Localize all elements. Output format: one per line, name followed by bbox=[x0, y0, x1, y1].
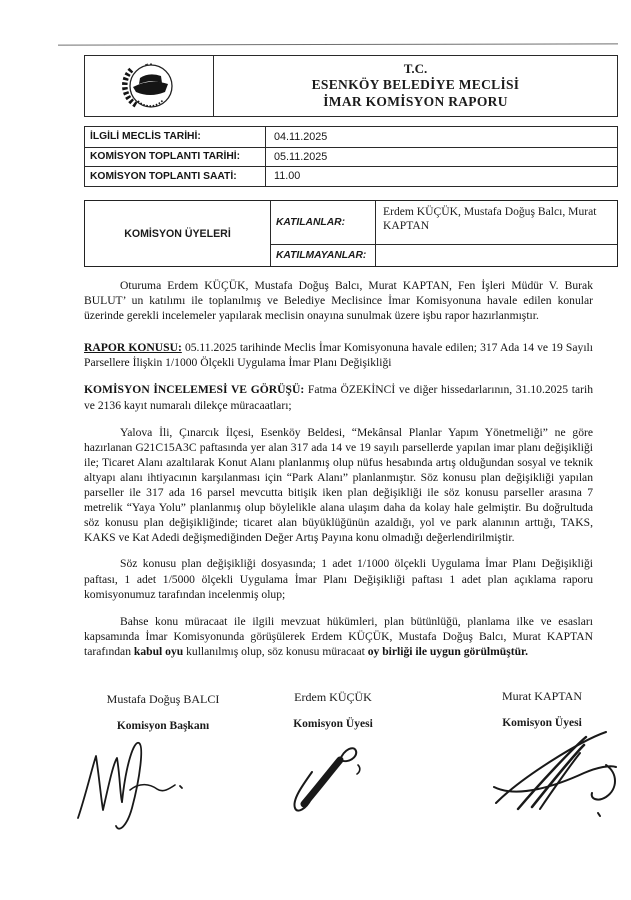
handwritten-signature-icon bbox=[490, 729, 630, 821]
decision-paragraph: Bahse konu müracaat ile ilgili mevzuat h… bbox=[84, 614, 593, 659]
signer-title: Komisyon Başkanı bbox=[78, 720, 248, 732]
absentees-label: KATILMAYANLAR: bbox=[271, 245, 376, 266]
absentees-value bbox=[376, 245, 617, 266]
attendees-value: Erdem KÜÇÜK, Mustafa Doğuş Balcı, Murat … bbox=[376, 201, 617, 244]
intro-paragraph: Oturuma Erdem KÜÇÜK, Mustafa Doğuş Balcı… bbox=[84, 278, 593, 323]
absentees-row: KATILMAYANLAR: bbox=[271, 245, 617, 266]
decision-vote-bold: kabul oyu bbox=[134, 645, 183, 658]
signer-name: Mustafa Doğuş BALCI bbox=[78, 692, 248, 707]
signature-block-chairman: Mustafa Doğuş BALCI Komisyon Başkanı bbox=[78, 692, 248, 836]
attendees-label: KATILANLAR: bbox=[271, 201, 376, 244]
members-right-block: KATILANLAR: Erdem KÜÇÜK, Mustafa Doğuş B… bbox=[271, 201, 617, 266]
title-report: İMAR KOMİSYON RAPORU bbox=[323, 94, 508, 111]
title-council: ESENKÖY BELEDİYE MECLİSİ bbox=[312, 77, 520, 94]
council-date-label: İLGİLİ MECLİS TARİHİ: bbox=[85, 127, 266, 147]
signer-title: Komisyon Üyesi bbox=[258, 718, 408, 730]
handwritten-signature-icon bbox=[72, 736, 222, 836]
signature-block-member-1: Erdem KÜÇÜK Komisyon Üyesi bbox=[258, 690, 408, 821]
dossier-contents-paragraph: Söz konusu plan değişikliği dosyasında; … bbox=[84, 556, 593, 601]
commission-meeting-date-value: 05.11.2025 bbox=[266, 151, 617, 163]
commission-review-paragraph: KOMİSYON İNCELEMESİ VE GÖRÜŞÜ: Fatma ÖZE… bbox=[84, 382, 593, 412]
report-body: Oturuma Erdem KÜÇÜK, Mustafa Doğuş Balcı… bbox=[84, 268, 593, 659]
plan-change-detail-paragraph: Yalova İli, Çınarcık İlçesi, Esenköy Bel… bbox=[84, 425, 593, 546]
meeting-info-table: İLGİLİ MECLİS TARİHİ: 04.11.2025 KOMİSYO… bbox=[84, 126, 618, 187]
signer-name: Erdem KÜÇÜK bbox=[258, 690, 408, 705]
decision-result-bold: oy birliği ile uygun görülmüştür. bbox=[368, 645, 528, 658]
signer-name: Murat KAPTAN bbox=[462, 689, 622, 704]
table-row: KOMİSYON TOPLANTI SAATİ: 11.00 bbox=[85, 166, 617, 186]
table-row: İLGİLİ MECLİS TARİHİ: 04.11.2025 bbox=[85, 127, 617, 147]
handwritten-signature-icon bbox=[278, 736, 388, 821]
decision-text-2: kullanılmış olup, söz konusu müracaat bbox=[183, 645, 368, 658]
commission-meeting-time-label: KOMİSYON TOPLANTI SAATİ: bbox=[85, 167, 266, 186]
commission-meeting-time-value: 11.00 bbox=[266, 170, 617, 182]
report-header: T.C. ESENKÖY BELEDİYE MECLİSİ İMAR KOMİS… bbox=[84, 55, 618, 117]
document-page: T.C. ESENKÖY BELEDİYE MECLİSİ İMAR KOMİS… bbox=[0, 0, 631, 900]
scan-artifact-line bbox=[58, 43, 618, 45]
attendees-row: KATILANLAR: Erdem KÜÇÜK, Mustafa Doğuş B… bbox=[271, 201, 617, 245]
signature-block-member-2: Murat KAPTAN Komisyon Üyesi bbox=[462, 689, 622, 821]
signer-title: Komisyon Üyesi bbox=[462, 717, 622, 729]
table-row: KOMİSYON TOPLANTI TARİHİ: 05.11.2025 bbox=[85, 147, 617, 167]
commission-meeting-date-label: KOMİSYON TOPLANTI TARİHİ: bbox=[85, 148, 266, 167]
logo-cell bbox=[85, 56, 214, 116]
council-date-value: 04.11.2025 bbox=[266, 131, 617, 143]
report-topic-paragraph: RAPOR KONUSU: 05.11.2025 tarihinde Mecli… bbox=[84, 340, 593, 370]
commission-members-table: KOMİSYON ÜYELERİ KATILANLAR: Erdem KÜÇÜK… bbox=[84, 200, 618, 267]
report-topic-label: RAPOR KONUSU: bbox=[84, 341, 182, 354]
title-tc: T.C. bbox=[404, 61, 428, 77]
report-title-block: T.C. ESENKÖY BELEDİYE MECLİSİ İMAR KOMİS… bbox=[214, 56, 617, 116]
municipality-emblem-icon bbox=[107, 58, 191, 114]
commission-review-label: KOMİSYON İNCELEMESİ VE GÖRÜŞÜ: bbox=[84, 383, 304, 396]
members-title: KOMİSYON ÜYELERİ bbox=[85, 201, 271, 266]
